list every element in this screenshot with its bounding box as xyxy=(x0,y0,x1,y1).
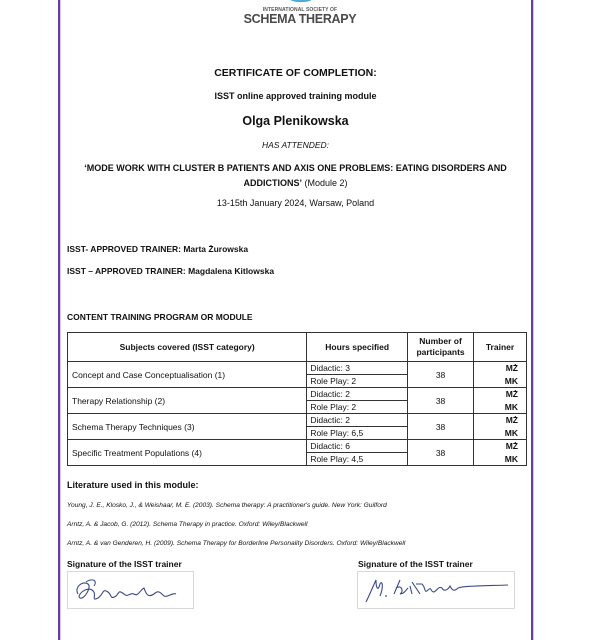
attended-label: HAS ATTENDED: xyxy=(60,140,531,150)
certificate-subtitle: ISST online approved training module xyxy=(60,91,531,101)
role-play-hours-cell: Role Play: 6,5 xyxy=(307,427,408,440)
trainer-name: Magdalena Kitlowska xyxy=(188,266,274,276)
literature-heading: Literature used in this module: xyxy=(67,480,199,490)
course-module: (Module 2) xyxy=(302,178,348,188)
trainer-label: ISST- APPROVED TRAINER: xyxy=(67,244,183,254)
didactic-hours-cell: Didactic: 6 xyxy=(307,440,408,453)
column-header: Subjects covered (ISST category) xyxy=(68,333,307,362)
participant-name: Olga Plenikowska xyxy=(60,114,531,128)
trainer-initials-cell: MŻ xyxy=(474,362,527,375)
trainer-line-2: ISST – APPROVED TRAINER: Magdalena Kitlo… xyxy=(67,266,274,276)
didactic-hours-cell: Didactic: 2 xyxy=(307,414,408,427)
role-play-hours-cell: Role Play: 2 xyxy=(307,401,408,414)
column-header: Hours specified xyxy=(307,333,408,362)
signature-label-2: Signature of the ISST trainer xyxy=(358,559,473,569)
trainer-initials-cell: MŻ xyxy=(474,414,527,427)
trainer-name: Marta Żurowska xyxy=(183,244,248,254)
date-location: 13-15th January 2024, Warsaw, Poland xyxy=(60,198,531,208)
course-title-block: ‘MODE WORK WITH CLUSTER B PATIENTS AND A… xyxy=(60,161,531,191)
literature-item: Young, J. E., Klosko, J., & Weishaar, M.… xyxy=(67,502,387,509)
program-heading: CONTENT TRAINING PROGRAM OR MODULE xyxy=(67,312,253,322)
didactic-hours-cell: Didactic: 2 xyxy=(307,388,408,401)
subject-cell: Schema Therapy Techniques (3) xyxy=(68,414,307,440)
table-row: Specific Treatment Populations (4)Didact… xyxy=(68,440,527,453)
signature-image-2 xyxy=(357,571,515,609)
signature-label-1: Signature of the ISST trainer xyxy=(67,559,182,569)
didactic-hours-cell: Didactic: 3 xyxy=(307,362,408,375)
subject-cell: Specific Treatment Populations (4) xyxy=(68,440,307,466)
literature-item: Arntz, A. & van Genderen, H. (2009). Sch… xyxy=(67,540,405,547)
trainer-initials-cell: MŻ xyxy=(474,440,527,453)
handwritten-signature-icon xyxy=(358,572,514,608)
logo-title: SCHEMA THERAPY xyxy=(240,12,360,26)
table-row: Therapy Relationship (2)Didactic: 238MŻ xyxy=(68,388,527,401)
trainer-label: ISST – APPROVED TRAINER: xyxy=(67,266,188,276)
isst-logo: INTERNATIONAL SOCIETY OF SCHEMA THERAPY xyxy=(240,0,360,30)
table-row: Concept and Case Conceptualisation (1)Di… xyxy=(68,362,527,375)
program-table: Subjects covered (ISST category) Hours s… xyxy=(67,332,527,466)
table-header-row: Subjects covered (ISST category) Hours s… xyxy=(68,333,527,362)
role-play-hours-cell: Role Play: 4,5 xyxy=(307,453,408,466)
trainer-initials-cell: MK xyxy=(474,375,527,388)
literature-item: Arntz, A. & Jacob, G. (2012). Schema The… xyxy=(67,521,307,528)
subject-cell: Concept and Case Conceptualisation (1) xyxy=(68,362,307,388)
course-title: ‘MODE WORK WITH CLUSTER B PATIENTS AND A… xyxy=(84,163,507,188)
participants-cell: 38 xyxy=(408,388,474,414)
certificate-title: CERTIFICATE OF COMPLETION: xyxy=(60,67,531,79)
participants-cell: 38 xyxy=(408,440,474,466)
trainer-initials-cell: MK xyxy=(474,401,527,414)
role-play-hours-cell: Role Play: 2 xyxy=(307,375,408,388)
trainer-line-1: ISST- APPROVED TRAINER: Marta Żurowska xyxy=(67,244,248,254)
column-header: Trainer xyxy=(474,333,527,362)
frame-border-right-shade xyxy=(533,0,534,640)
handwritten-signature-icon xyxy=(68,572,193,608)
logo-globe-icon xyxy=(282,0,320,2)
trainer-initials-cell: MŻ xyxy=(474,388,527,401)
participants-cell: 38 xyxy=(408,414,474,440)
table-row: Schema Therapy Techniques (3)Didactic: 2… xyxy=(68,414,527,427)
signature-image-1 xyxy=(67,571,194,609)
participants-cell: 38 xyxy=(408,362,474,388)
trainer-initials-cell: MK xyxy=(474,427,527,440)
column-header: Number of participants xyxy=(408,333,474,362)
trainer-initials-cell: MK xyxy=(474,453,527,466)
subject-cell: Therapy Relationship (2) xyxy=(68,388,307,414)
